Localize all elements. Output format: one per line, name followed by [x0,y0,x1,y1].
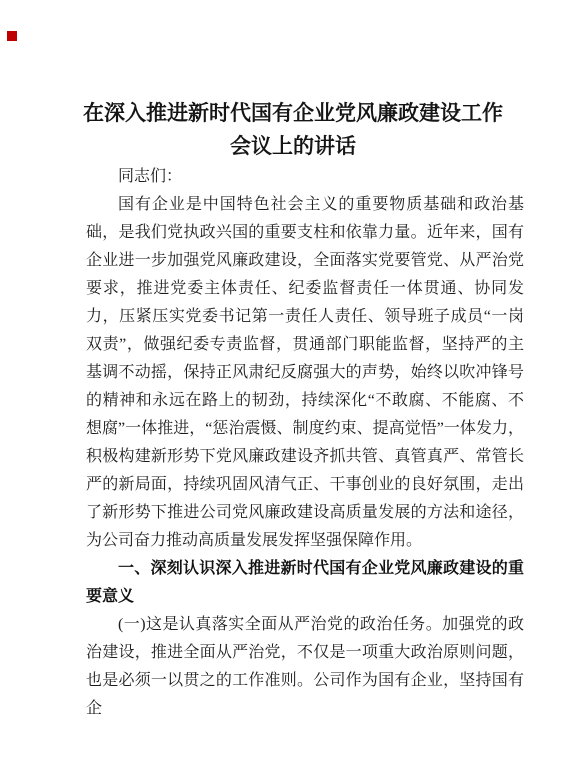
paragraph-1-1: (一)这是认真落实全面从严治党的政治任务。加强党的政治建设，推进全面从严治党，不… [86,611,524,723]
red-square-marker [7,31,17,41]
section-heading-1: 一、深刻认识深入推进新时代国有企业党风廉政建设的重要意义 [86,555,524,611]
paragraph-intro: 国有企业是中国特色社会主义的重要物质基础和政治基础，是我们党执政兴国的重要支柱和… [86,191,524,555]
document-page: 在深入推进新时代国有企业党风廉政建设工作 会议上的讲话 同志们： 国有企业是中国… [0,0,586,759]
document-title-line-1: 在深入推进新时代国有企业党风廉政建设工作 [0,97,586,130]
document-title: 在深入推进新时代国有企业党风廉政建设工作 会议上的讲话 [0,0,586,163]
document-title-line-2: 会议上的讲话 [0,130,586,163]
document-body: 同志们： 国有企业是中国特色社会主义的重要物质基础和政治基础，是我们党执政兴国的… [86,163,524,723]
salutation: 同志们： [86,163,524,191]
